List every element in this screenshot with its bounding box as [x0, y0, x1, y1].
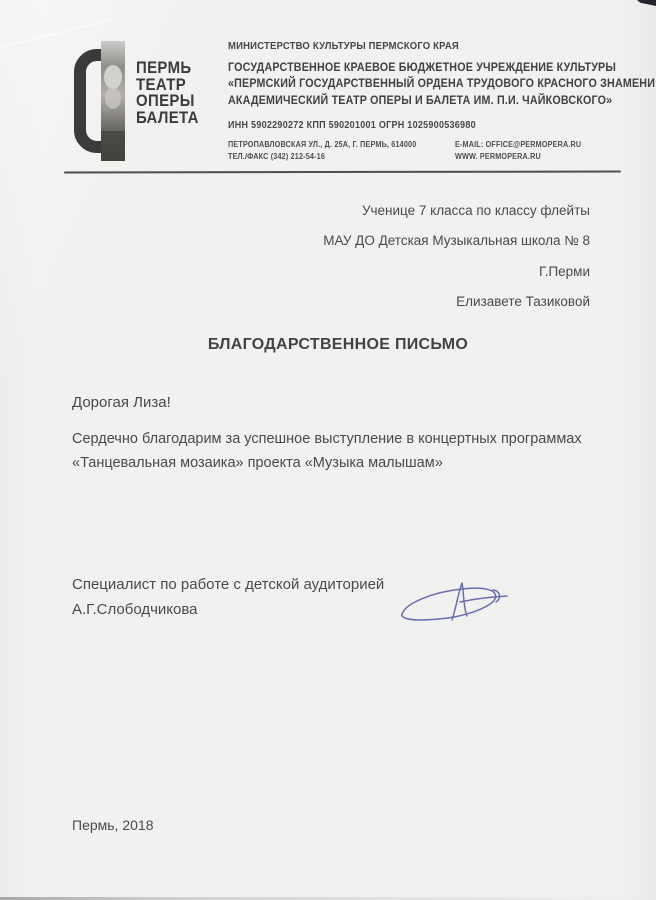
address-phone-block: ПЕТРОПАВЛОВСКАЯ УЛ., Д. 25А, Г. ПЕРМЬ, 6… — [228, 139, 416, 162]
scan-artifact-top-right-corner — [637, 0, 656, 6]
phone-line: ТЕЛ./ФАКС (342) 212-54-16 — [228, 151, 416, 163]
org-name-line-2: «ПЕРМСКИЙ ГОСУДАРСТВЕННЫЙ ОРДЕНА ТРУДОВО… — [228, 76, 655, 92]
recipient-line-3: Г.Перми — [323, 257, 590, 287]
recipient-line-4: Елизавете Тазиковой — [323, 287, 590, 317]
ministry-line: МИНИСТЕРСТВО КУЛЬТУРЫ ПЕРМСКОГО КРАЯ — [228, 41, 459, 52]
website-line: WWW. PERMOPERA.RU — [455, 151, 581, 163]
place-year: Пермь, 2018 — [72, 817, 153, 833]
portrait-beard — [105, 87, 121, 109]
org-name-line-1: ГОСУДАРСТВЕННОЕ КРАЕВОЕ БЮДЖЕТНОЕ УЧРЕЖД… — [228, 60, 655, 76]
email-website-block: E-MAIL: OFFICE@PERMOPERA.RU WWW. PERMOPE… — [455, 139, 581, 162]
logo-wordmark: ПЕРМЬ ТЕАТР ОПЕРЫ БАЛЕТА — [136, 60, 199, 126]
org-name-line-3: АКАДЕМИЧЕСКИЙ ТЕАТР ОПЕРЫ И БАЛЕТА ИМ. П… — [228, 93, 655, 109]
recipient-line-2: МАУ ДО Детская Музыкальная школа № 8 — [323, 226, 590, 256]
portrait-suit — [101, 131, 125, 161]
recipient-block: Ученице 7 класса по классу флейты МАУ ДО… — [323, 196, 590, 318]
address-line: ПЕТРОПАВЛОВСКАЯ УЛ., Д. 25А, Г. ПЕРМЬ, 6… — [228, 139, 416, 151]
salutation: Дорогая Лиза! — [72, 394, 171, 411]
signatory-role: Специалист по работе с детской аудиторие… — [72, 576, 384, 593]
letter-title: БЛАГОДАРСТВЕННОЕ ПИСЬМО — [64, 336, 612, 354]
email-line: E-MAIL: OFFICE@PERMOPERA.RU — [455, 139, 581, 151]
handwritten-signature — [394, 575, 512, 635]
perm-opera-logo — [73, 41, 125, 161]
header-separator-line — [64, 171, 621, 174]
recipient-line-1: Ученице 7 класса по классу флейты — [323, 196, 590, 226]
organization-name: ГОСУДАРСТВЕННОЕ КРАЕВОЕ БЮДЖЕТНОЕ УЧРЕЖД… — [228, 60, 655, 109]
signatory-name: А.Г.Слободчикова — [72, 601, 198, 618]
body-paragraph: Сердечно благодарим за успешное выступле… — [72, 428, 588, 475]
scanned-letter-page: ПЕРМЬ ТЕАТР ОПЕРЫ БАЛЕТА МИНИСТЕРСТВО КУ… — [0, 0, 656, 900]
logo-word-baleta: БАЛЕТА — [136, 110, 199, 127]
registration-numbers-line: ИНН 5902290272 КПП 590201001 ОГРН 102590… — [228, 120, 476, 131]
portrait-face — [104, 65, 122, 89]
